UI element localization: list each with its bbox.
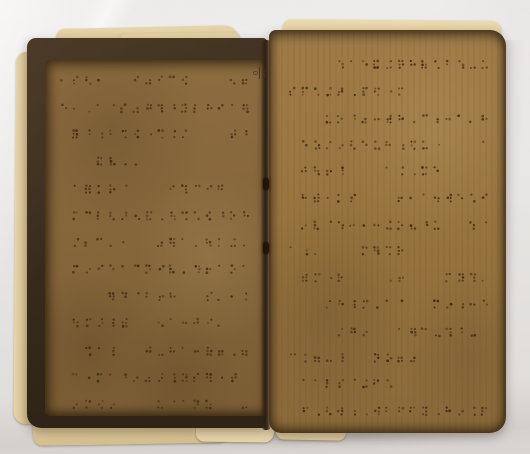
shelfmark-bottom-number: 0 (251, 65, 258, 81)
pencil-shelfmark-annotation: 24 0 (234, 65, 268, 81)
spine-stitch-knot (263, 178, 269, 190)
photograph-of-braille-book: 24 0 (0, 0, 530, 454)
left-braille-page (45, 60, 266, 416)
shelfmark-divider-line (259, 67, 260, 79)
spine-gutter (261, 40, 271, 430)
shelfmark-top-number: 24 (261, 65, 268, 81)
spine-stitch-knot (263, 242, 269, 254)
right-braille-page (269, 30, 506, 433)
